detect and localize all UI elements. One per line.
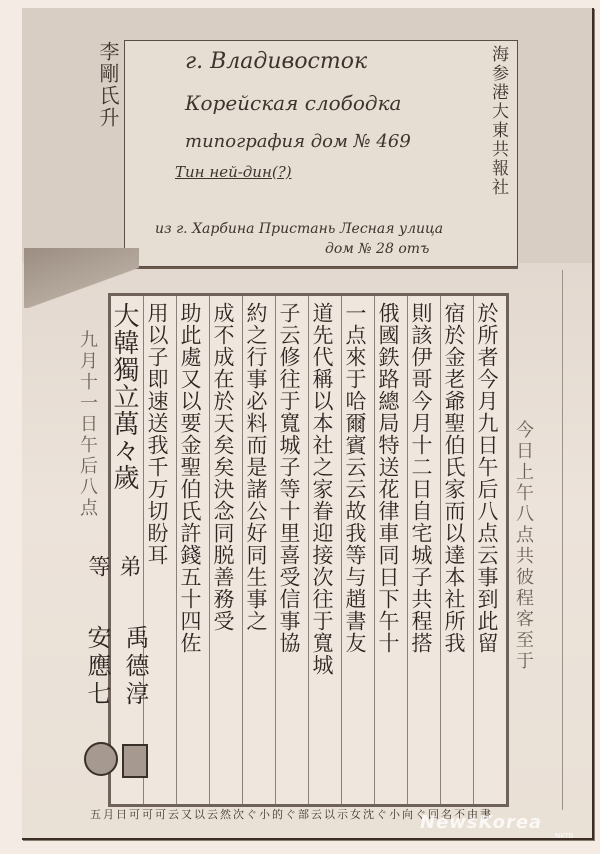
envelope-sender-house: дом № 28 отъ: [325, 241, 429, 257]
envelope-newspaper-name: 海参港大東共報社: [487, 45, 509, 245]
square-seal: [122, 744, 148, 778]
letter-column: 約之行事必料而是諸公好同生事之: [242, 296, 275, 804]
date-note: 九月十一日午后八点: [74, 330, 100, 530]
envelope-district: Корейская слободка: [185, 91, 401, 115]
letter-column: 俄國鉄路總局特送花律車同日下午十: [374, 296, 407, 804]
letter-column: 助此處又以要金聖伯氏許錢五十四佐: [176, 296, 209, 804]
envelope: г. Владивосток Корейская слободка типогр…: [124, 40, 518, 267]
signatories-label: 弟 等: [82, 555, 144, 615]
letter-column: 道先代稱以本社之家眷迎接次往于寬城: [308, 296, 341, 804]
letter-column: 成不成在於天矣矣決念同脱善務受: [209, 296, 242, 804]
envelope-recipient: Тин ней-дин(?): [175, 163, 292, 181]
watermark-sub: NKTB: [555, 832, 573, 840]
envelope-address: типография дом № 469: [185, 131, 411, 152]
letter-column: 則該伊哥今月十二日自宅城子共程搭: [407, 296, 440, 804]
letter-column: 子云修往于寬城子等十里喜受信事協: [275, 296, 308, 804]
letter-grid: 於所者今月九日午后八点云事到此留 宿於金老爺聖伯氏家而以達本社所我 則該伊哥今月…: [108, 293, 509, 807]
letter-column: 於所者今月九日午后八点云事到此留: [473, 296, 506, 804]
envelope-recipient-name: 李剛氏升: [95, 41, 121, 201]
envelope-city: г. Владивосток: [185, 49, 367, 74]
round-seal: [84, 742, 118, 776]
margin-rule: [562, 270, 563, 810]
envelope-sender-address: из г. Харбина Пристань Лесная улица: [155, 221, 443, 237]
letter-column: 一点來于哈爾賓云云故我等与趙書友: [341, 296, 374, 804]
letter-column: 宿於金老爺聖伯氏家而以達本社所我: [440, 296, 473, 804]
watermark-logo: NewsKorea: [420, 812, 542, 833]
signature-woo-deok-sun: 禹德淳: [118, 625, 153, 755]
margin-note-right: 今日上午八点共彼程客至于: [510, 420, 536, 680]
signature-an-eung-chil: 安應七: [80, 625, 115, 755]
